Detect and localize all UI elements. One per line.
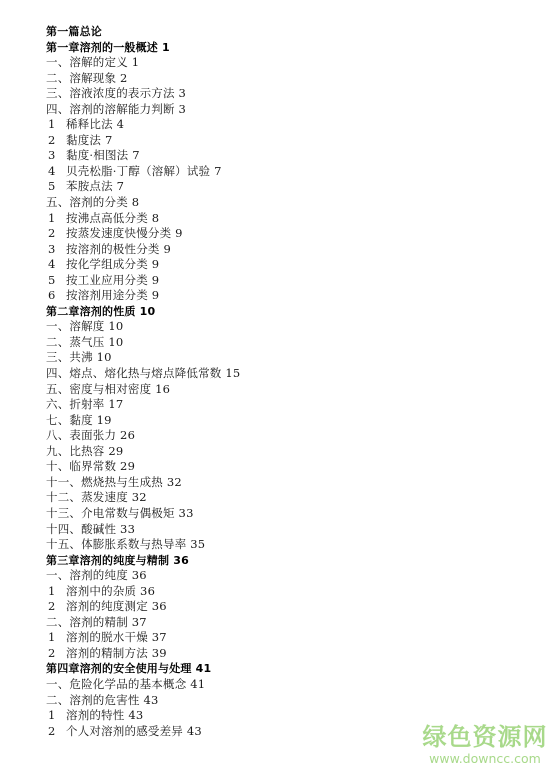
toc-item-number: 4 [46, 164, 66, 180]
toc-item-number: 1 [46, 211, 66, 227]
toc-line-text: 按蒸发速度快慢分类 9 [66, 226, 183, 240]
toc-section-line: 二、溶剂的精制 37 [46, 615, 526, 631]
toc-chapter-line: 第四章溶剂的安全使用与处理 41 [46, 661, 526, 677]
toc-item-number: 2 [46, 226, 66, 242]
toc-section-line: 五、密度与相对密度 16 [46, 382, 526, 398]
toc-line-text: 溶剂的脱水干燥 37 [66, 630, 167, 644]
toc-section-line: 三、共沸 10 [46, 350, 526, 366]
toc-line-text: 黏度法 7 [66, 133, 112, 147]
toc-section-line: 二、溶剂的危害性 43 [46, 693, 526, 709]
toc-item-number: 3 [46, 148, 66, 164]
toc-line-text: 四、熔点、熔化热与熔点降低常数 15 [46, 366, 240, 380]
toc-line-text: 第一章溶剂的一般概述 1 [46, 41, 170, 54]
toc-line-text: 一、溶解度 10 [46, 319, 123, 333]
toc-section-line: 一、溶解度 10 [46, 319, 526, 335]
toc-line-text: 二、溶剂的危害性 43 [46, 693, 159, 707]
toc-item-number: 2 [46, 646, 66, 662]
toc-line-text: 一、危险化学品的基本概念 41 [46, 677, 205, 691]
toc-line-text: 四、溶剂的溶解能力判断 3 [46, 102, 186, 116]
toc-item-line: 1溶剂的特性 43 [46, 708, 526, 724]
toc-line-text: 第一篇总论 [46, 25, 102, 38]
toc-item-number: 6 [46, 288, 66, 304]
toc-item-line: 1溶剂中的杂质 36 [46, 584, 526, 600]
toc-item-line: 3黏度·相图法 7 [46, 148, 526, 164]
toc-line-text: 个人对溶剂的感受差异 43 [66, 724, 202, 738]
toc-section-line: 十二、蒸发速度 32 [46, 490, 526, 506]
toc-item-number: 1 [46, 708, 66, 724]
toc-line-text: 六、折射率 17 [46, 397, 123, 411]
toc-item-line: 2按蒸发速度快慢分类 9 [46, 226, 526, 242]
toc-line-text: 按工业应用分类 9 [66, 273, 159, 287]
toc-section-line: 一、溶剂的纯度 36 [46, 568, 526, 584]
toc-section-line: 七、黏度 19 [46, 413, 526, 429]
toc-section-line: 一、危险化学品的基本概念 41 [46, 677, 526, 693]
toc-item-line: 2溶剂的纯度测定 36 [46, 599, 526, 615]
toc-item-number: 3 [46, 242, 66, 258]
toc-chapter-line: 第二章溶剂的性质 10 [46, 304, 526, 320]
toc-line-text: 第三章溶剂的纯度与精制 36 [46, 554, 189, 567]
toc-line-text: 黏度·相图法 7 [66, 148, 140, 162]
toc-line-text: 一、溶剂的纯度 36 [46, 568, 147, 582]
toc-chapter-line: 第三章溶剂的纯度与精制 36 [46, 553, 526, 569]
toc-line-text: 五、溶剂的分类 8 [46, 195, 139, 209]
toc-item-line: 1溶剂的脱水干燥 37 [46, 630, 526, 646]
toc-line-text: 三、溶液浓度的表示方法 3 [46, 86, 186, 100]
toc-line-text: 溶剂的纯度测定 36 [66, 599, 167, 613]
toc-line-text: 十五、体膨胀系数与热导率 35 [46, 537, 205, 551]
toc-line-text: 第四章溶剂的安全使用与处理 41 [46, 662, 211, 675]
toc-line-text: 十、临界常数 29 [46, 459, 135, 473]
toc-line-text: 溶剂的精制方法 39 [66, 646, 167, 660]
toc-section-line: 十三、介电常数与偶极矩 33 [46, 506, 526, 522]
toc-line-text: 八、表面张力 26 [46, 428, 135, 442]
toc-line-text: 二、溶剂的精制 37 [46, 615, 147, 629]
toc-line-text: 十三、介电常数与偶极矩 33 [46, 506, 194, 520]
toc-section-line: 十一、燃烧热与生成热 32 [46, 475, 526, 491]
toc-section-line: 五、溶剂的分类 8 [46, 195, 526, 211]
toc-item-number: 5 [46, 179, 66, 195]
toc-line-text: 十二、蒸发速度 32 [46, 490, 147, 504]
toc-item-number: 2 [46, 724, 66, 740]
toc-line-text: 三、共沸 10 [46, 350, 112, 364]
toc-section-line: 三、溶液浓度的表示方法 3 [46, 86, 526, 102]
toc-line-text: 贝壳松脂·丁醇（溶解）试验 7 [66, 164, 222, 178]
watermark: 绿色资源网 www.downcc.com [420, 723, 550, 767]
toc-section-line: 八、表面张力 26 [46, 428, 526, 444]
toc-item-line: 1按沸点高低分类 8 [46, 211, 526, 227]
toc-item-line: 5苯胺点法 7 [46, 179, 526, 195]
toc-line-text: 九、比热容 29 [46, 444, 123, 458]
toc-section-line: 四、熔点、熔化热与熔点降低常数 15 [46, 366, 526, 382]
toc-item-line: 1稀释比法 4 [46, 117, 526, 133]
toc-line-text: 溶剂的特性 43 [66, 708, 143, 722]
toc-line-text: 稀释比法 4 [66, 117, 124, 131]
toc-item-line: 2黏度法 7 [46, 133, 526, 149]
toc-line-text: 苯胺点法 7 [66, 179, 124, 193]
toc-line-text: 按溶剂的极性分类 9 [66, 242, 171, 256]
toc-line-text: 二、蒸气压 10 [46, 335, 123, 349]
toc-item-line: 3按溶剂的极性分类 9 [46, 242, 526, 258]
toc-item-line: 4按化学组成分类 9 [46, 257, 526, 273]
toc-item-line: 4贝壳松脂·丁醇（溶解）试验 7 [46, 164, 526, 180]
toc-chapter-line: 第一章溶剂的一般概述 1 [46, 40, 526, 56]
toc-section-line: 一、溶解的定义 1 [46, 55, 526, 71]
toc-line-text: 第二章溶剂的性质 10 [46, 305, 155, 318]
toc-item-line: 2溶剂的精制方法 39 [46, 646, 526, 662]
toc-item-number: 2 [46, 133, 66, 149]
toc-section-line: 十、临界常数 29 [46, 459, 526, 475]
toc-section-line: 四、溶剂的溶解能力判断 3 [46, 102, 526, 118]
toc-section-line: 六、折射率 17 [46, 397, 526, 413]
toc-line-text: 按化学组成分类 9 [66, 257, 159, 271]
toc-line-text: 二、溶解现象 2 [46, 71, 128, 85]
toc-item-number: 2 [46, 599, 66, 615]
toc-section-line: 二、溶解现象 2 [46, 71, 526, 87]
toc-item-number: 1 [46, 584, 66, 600]
toc-part-line: 第一篇总论 [46, 24, 526, 40]
toc-line-text: 十四、酸碱性 33 [46, 522, 135, 536]
toc-item-number: 1 [46, 117, 66, 133]
toc-item-number: 5 [46, 273, 66, 289]
toc-line-text: 一、溶解的定义 1 [46, 55, 139, 69]
toc-item-line: 6按溶剂用途分类 9 [46, 288, 526, 304]
watermark-url: www.downcc.com [420, 751, 550, 767]
toc-line-text: 十一、燃烧热与生成热 32 [46, 475, 182, 489]
toc-section-line: 十五、体膨胀系数与热导率 35 [46, 537, 526, 553]
toc-section-line: 九、比热容 29 [46, 444, 526, 460]
toc-line-text: 按沸点高低分类 8 [66, 211, 159, 225]
toc-item-number: 1 [46, 630, 66, 646]
toc-item-line: 5按工业应用分类 9 [46, 273, 526, 289]
table-of-contents: 第一篇总论第一章溶剂的一般概述 1一、溶解的定义 1二、溶解现象 2三、溶液浓度… [46, 24, 526, 739]
toc-item-number: 4 [46, 257, 66, 273]
toc-line-text: 按溶剂用途分类 9 [66, 288, 159, 302]
toc-section-line: 二、蒸气压 10 [46, 335, 526, 351]
watermark-title: 绿色资源网 [420, 723, 550, 751]
toc-line-text: 五、密度与相对密度 16 [46, 382, 170, 396]
toc-section-line: 十四、酸碱性 33 [46, 522, 526, 538]
toc-line-text: 溶剂中的杂质 36 [66, 584, 155, 598]
toc-line-text: 七、黏度 19 [46, 413, 112, 427]
